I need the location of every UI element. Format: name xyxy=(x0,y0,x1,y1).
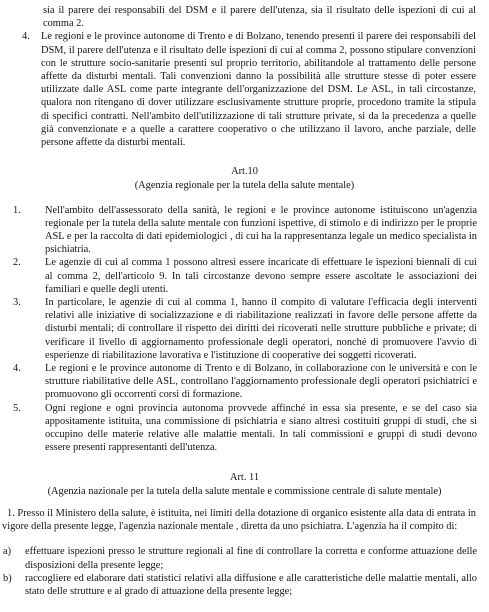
list-item: 3. In particolare, le agenzie di cui al … xyxy=(45,296,477,362)
clause-number: 4. xyxy=(22,30,30,43)
item-text: effettuare ispezioni presso le strutture… xyxy=(25,545,477,571)
continuation-paragraph: sia il parere dei responsabili del DSM e… xyxy=(43,4,476,30)
clause-text: Le regioni e le province autonome di Tre… xyxy=(41,30,476,149)
item-number: 2. xyxy=(13,256,21,269)
item-number: 1. xyxy=(13,204,21,217)
item-text: Le agenzie di cui al comma 1 possono alt… xyxy=(45,256,477,296)
item-text: Ogni regione e ogni provincia autonoma p… xyxy=(45,402,477,455)
item-letter: a) xyxy=(3,545,11,558)
item-text: Nell'ambito dell'assessorato della sanit… xyxy=(45,204,477,257)
item-number: 3. xyxy=(13,296,21,309)
article-10-title: Art.10 xyxy=(6,165,483,178)
item-number: 4. xyxy=(13,362,21,375)
item-text: raccogliere ed elaborare dati statistici… xyxy=(25,572,477,598)
list-item: 2. Le agenzie di cui al comma 1 possono … xyxy=(45,256,477,296)
article-11-lettered-list: a) effettuare ispezioni presso le strutt… xyxy=(0,545,489,598)
item-letter: b) xyxy=(3,572,12,585)
item-text: In particolare, le agenzie di cui al com… xyxy=(45,296,477,362)
list-item: 4. Le regioni e le province autonome di … xyxy=(45,362,477,402)
article-10-subtitle: (Agenzia regionale per la tutela della s… xyxy=(6,179,483,192)
list-item: a) effettuare ispezioni presso le strutt… xyxy=(25,545,477,571)
list-item: b) raccogliere ed elaborare dati statist… xyxy=(25,572,477,598)
document-page: sia il parere dei responsabili del DSM e… xyxy=(0,0,489,612)
article-10-list: 1. Nell'ambito dell'assessorato della sa… xyxy=(0,204,489,455)
item-text: Le regioni e le province autonome di Tre… xyxy=(45,362,477,402)
article-11-subtitle: (Agenzia nazionale per la tutela della s… xyxy=(6,485,483,498)
list-item: 5. Ogni regione e ogni provincia autonom… xyxy=(45,402,477,455)
list-item: 1. Nell'ambito dell'assessorato della sa… xyxy=(45,204,477,257)
clause-item-4: 4. Le regioni e le province autonome di … xyxy=(41,30,476,149)
article-11-intro-paragraph: 1. Presso il Ministero della salute, è i… xyxy=(2,507,476,533)
item-number: 5. xyxy=(13,402,21,415)
article-11-title: Art. 11 xyxy=(6,471,483,484)
